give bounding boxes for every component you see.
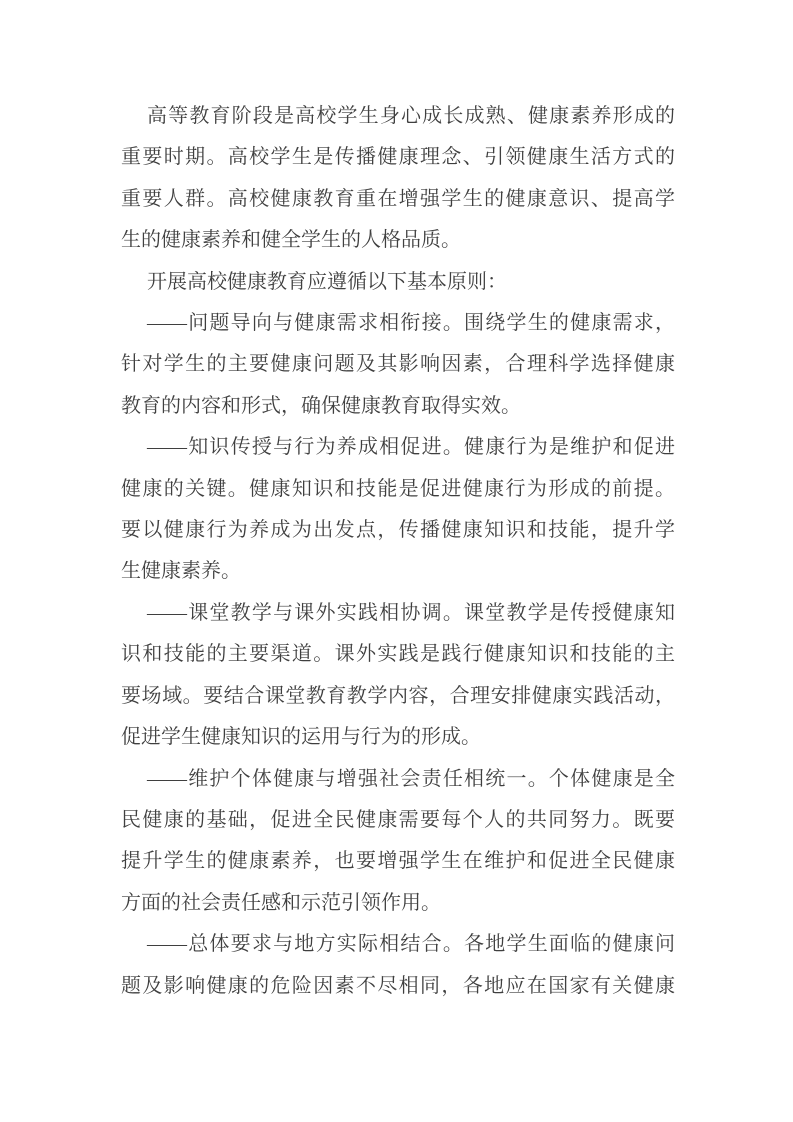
paragraph: ——总体要求与地方实际相结合。各地学生面临的健康问 题及影响健康的危险因素不尽相… (121, 924, 675, 1007)
paragraph: 高等教育阶段是高校学生身心成长成熟、健康素养形成的 重要时期。高校学生是传播健康… (121, 96, 675, 262)
text-line: 民健康的基础，促进全民健康需要每个人的共同努力。既要 (121, 800, 675, 841)
text-line: 重要时期。高校学生是传播健康理念、引领健康生活方式的 (121, 137, 675, 178)
text-line: 方面的社会责任感和示范引领作用。 (121, 883, 675, 924)
document-body: 高等教育阶段是高校学生身心成长成熟、健康素养形成的 重要时期。高校学生是传播健康… (121, 96, 675, 1007)
text-line: 针对学生的主要健康问题及其影响因素，合理科学选择健康 (121, 344, 675, 385)
text-line: 题及影响健康的危险因素不尽相同，各地应在国家有关健康 (121, 966, 675, 1007)
text-line: ——维护个体健康与增强社会责任相统一。个体健康是全 (121, 759, 675, 800)
text-line: 生健康素养。 (121, 551, 675, 592)
text-line: 开展高校健康教育应遵循以下基本原则： (121, 262, 675, 303)
paragraph: ——课堂教学与课外实践相协调。课堂教学是传授健康知 识和技能的主要渠道。课外实践… (121, 593, 675, 759)
text-line: 教育的内容和形式，确保健康教育取得实效。 (121, 386, 675, 427)
text-line: ——知识传授与行为养成相促进。健康行为是维护和促进 (121, 427, 675, 468)
text-line: 健康的关键。健康知识和技能是促进健康行为形成的前提。 (121, 469, 675, 510)
text-line: 要场域。要结合课堂教育教学内容，合理安排健康实践活动， (121, 676, 675, 717)
paragraph: ——维护个体健康与增强社会责任相统一。个体健康是全 民健康的基础，促进全民健康需… (121, 759, 675, 925)
text-line: ——课堂教学与课外实践相协调。课堂教学是传授健康知 (121, 593, 675, 634)
paragraph: ——知识传授与行为养成相促进。健康行为是维护和促进 健康的关键。健康知识和技能是… (121, 427, 675, 593)
text-line: 要以健康行为养成为出发点，传播健康知识和技能，提升学 (121, 510, 675, 551)
text-line: ——问题导向与健康需求相衔接。围绕学生的健康需求， (121, 303, 675, 344)
text-line: 识和技能的主要渠道。课外实践是践行健康知识和技能的主 (121, 634, 675, 675)
paragraph: 开展高校健康教育应遵循以下基本原则： (121, 262, 675, 303)
text-line: 重要人群。高校健康教育重在增强学生的健康意识、提高学 (121, 179, 675, 220)
text-line: 促进学生健康知识的运用与行为的形成。 (121, 717, 675, 758)
text-line: 生的健康素养和健全学生的人格品质。 (121, 220, 675, 261)
document-page: 高等教育阶段是高校学生身心成长成熟、健康素养形成的 重要时期。高校学生是传播健康… (0, 0, 793, 1122)
paragraph: ——问题导向与健康需求相衔接。围绕学生的健康需求， 针对学生的主要健康问题及其影… (121, 303, 675, 427)
text-line: 提升学生的健康素养，也要增强学生在维护和促进全民健康 (121, 841, 675, 882)
text-line: ——总体要求与地方实际相结合。各地学生面临的健康问 (121, 924, 675, 965)
text-line: 高等教育阶段是高校学生身心成长成熟、健康素养形成的 (121, 96, 675, 137)
